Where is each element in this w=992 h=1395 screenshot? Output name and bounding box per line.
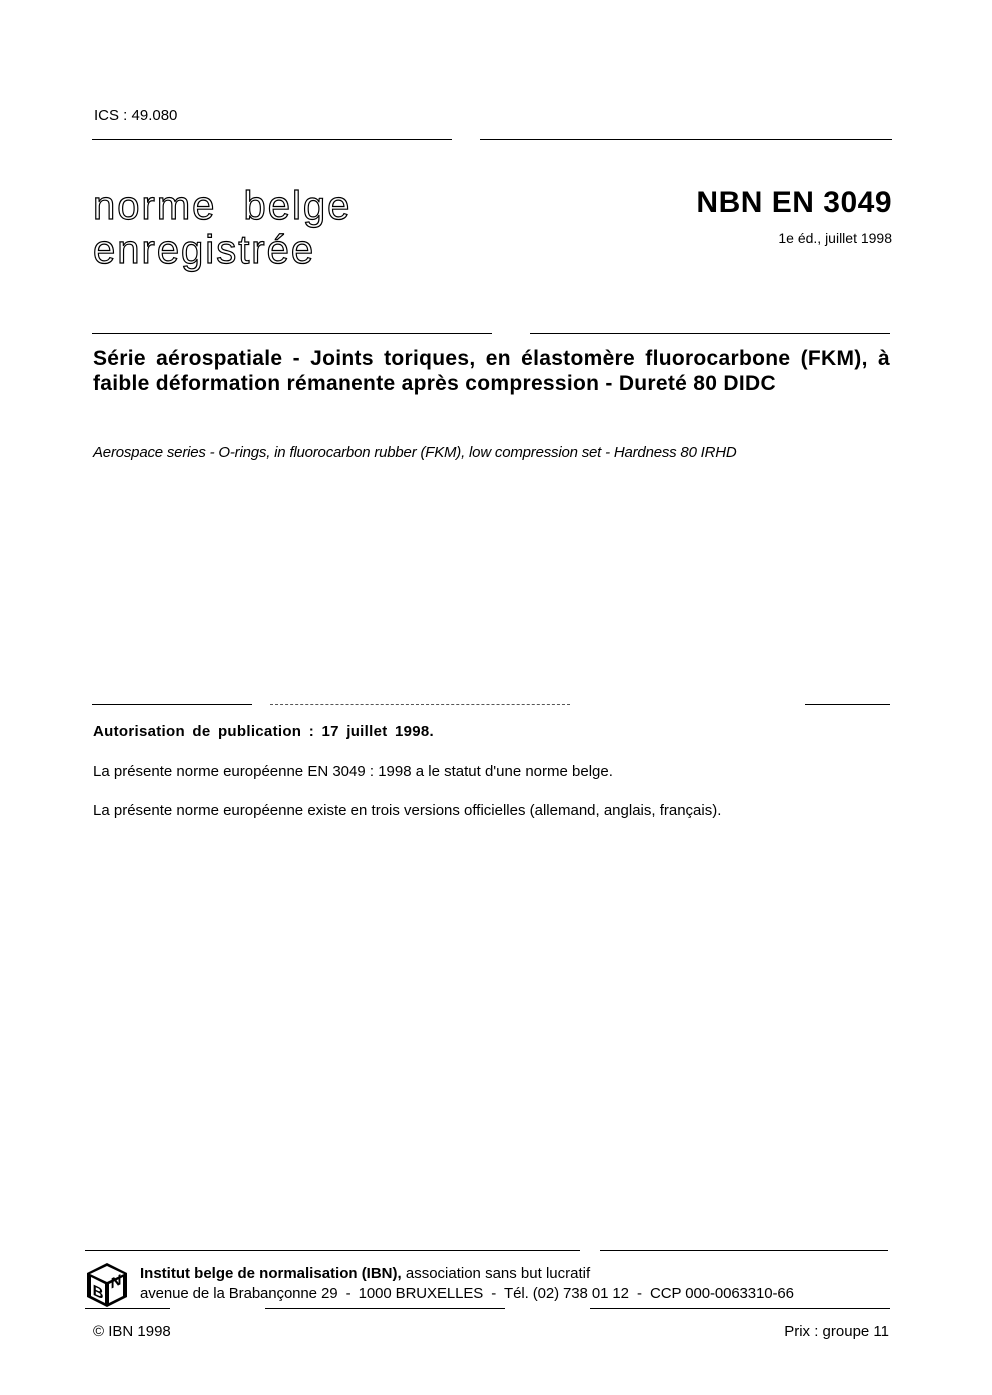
versions-paragraph: La présente norme européenne existe en t… (93, 802, 721, 819)
brand-line-2: enregistrée (93, 228, 315, 272)
ibn-cube-logo-icon: B N (85, 1262, 129, 1308)
divider (590, 1308, 890, 1309)
ics-code: ICS : 49.080 (94, 107, 177, 124)
brand-line-1: norme belge (93, 184, 351, 228)
document-title-en: Aerospace series - O-rings, in fluorocar… (93, 444, 737, 461)
divider (270, 704, 570, 705)
divider (85, 1308, 170, 1309)
divider (600, 1250, 888, 1251)
divider (85, 1250, 580, 1251)
institute-name: Institut belge de normalisation (IBN), (140, 1265, 402, 1282)
divider (265, 1308, 505, 1309)
institute-address: avenue de la Brabançonne 29 - 1000 BRUXE… (140, 1285, 794, 1302)
copyright: © IBN 1998 (93, 1323, 171, 1340)
divider (480, 139, 892, 140)
divider (805, 704, 890, 705)
publication-authorization: Autorisation de publication : 17 juillet… (93, 723, 434, 740)
institute-description: association sans but lucratif (402, 1265, 590, 1282)
divider (92, 333, 492, 334)
edition-date: 1e éd., juillet 1998 (778, 230, 892, 246)
divider (92, 704, 252, 705)
status-paragraph: La présente norme européenne EN 3049 : 1… (93, 763, 613, 780)
price-group: Prix : groupe 11 (784, 1323, 889, 1340)
institute-line: Institut belge de normalisation (IBN), a… (140, 1265, 590, 1282)
divider (530, 333, 890, 334)
divider (92, 139, 452, 140)
standard-code: NBN EN 3049 (696, 186, 892, 220)
document-title-fr: Série aérospatiale - Joints toriques, en… (93, 346, 890, 396)
